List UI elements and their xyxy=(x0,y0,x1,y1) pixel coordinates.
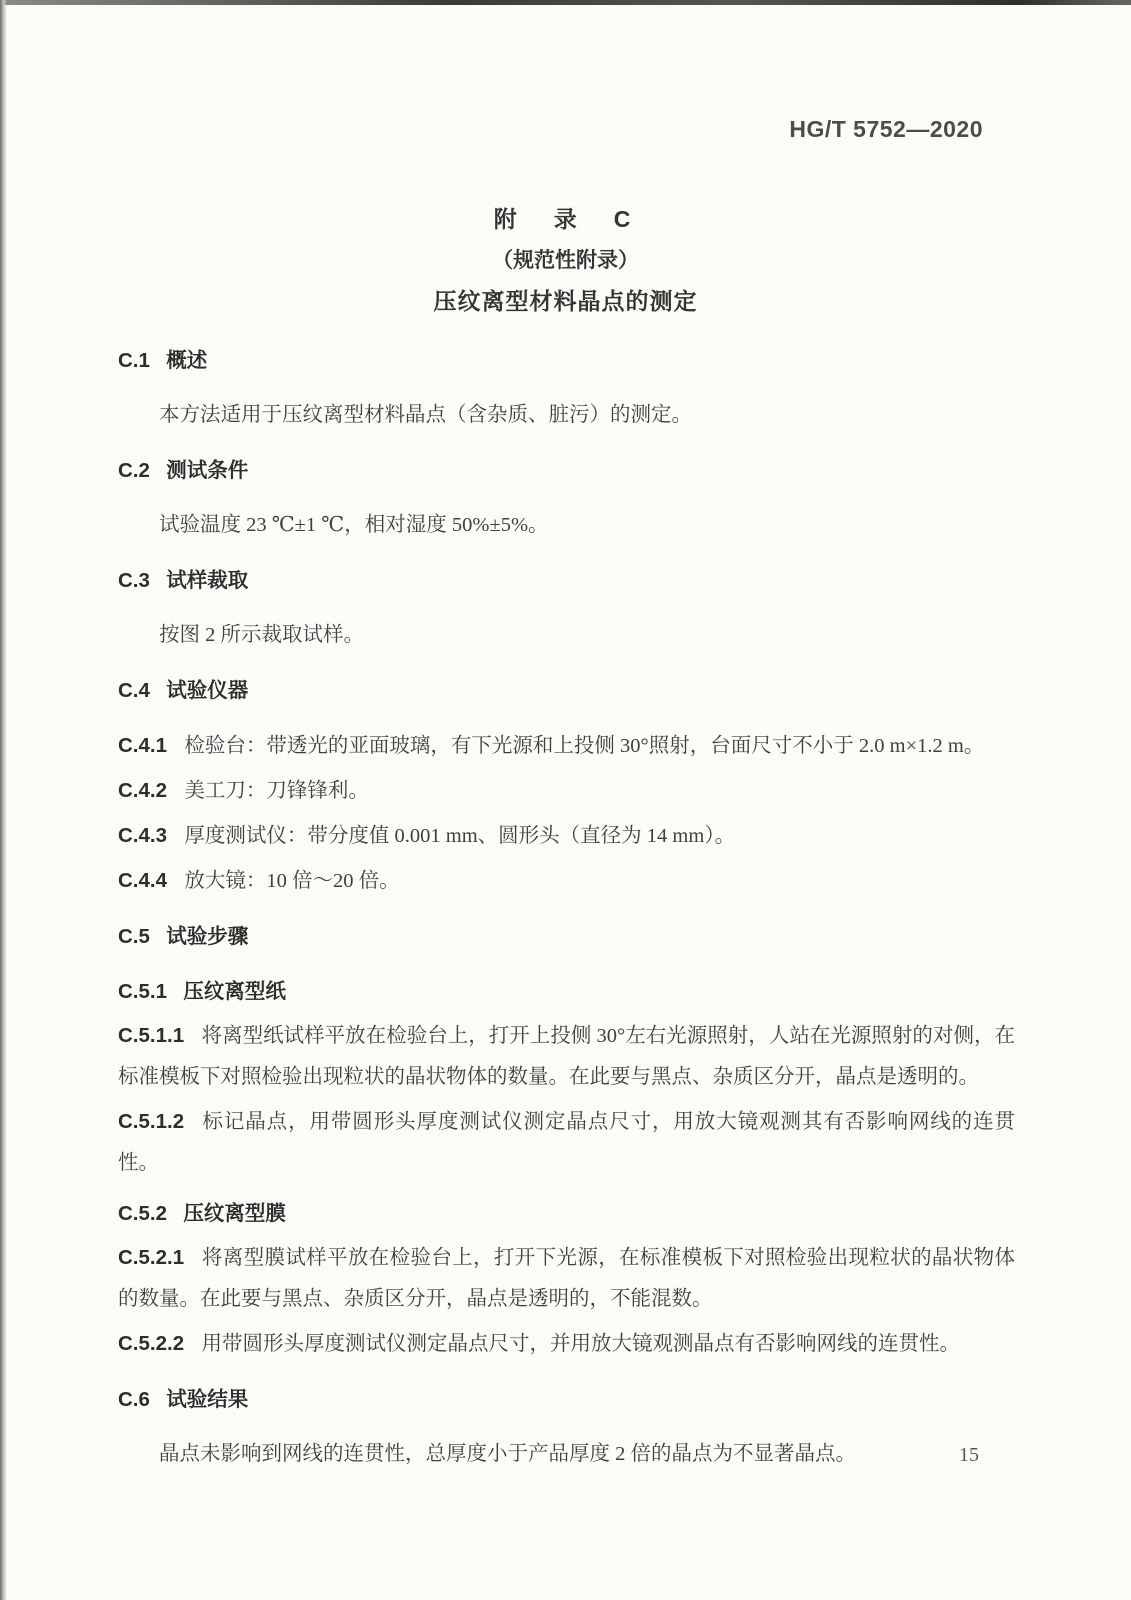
clause-number: C.5 xyxy=(118,925,150,948)
clause-text: 概述 xyxy=(166,349,207,372)
clause-text: 试验仪器 xyxy=(166,679,248,702)
sub-heading: C.5.1压纹离型纸 xyxy=(118,971,1015,1012)
clause: C.4.2美工刀：刀锋锋利。 xyxy=(118,770,1015,812)
document-body: C.1概述本方法适用于压纹离型材料晶点（含杂质、脏污）的测定。C.2测试条件试验… xyxy=(118,340,1015,1475)
scan-left-edge xyxy=(0,0,7,1600)
clause-number: C.4.1 xyxy=(118,734,167,757)
clause-number: C.4.4 xyxy=(118,869,167,892)
clause: C.4.4放大镜：10 倍～20 倍。 xyxy=(118,860,1015,902)
clause: C.4.3厚度测试仪：带分度值 0.001 mm、圆形头（直径为 14 mm）。 xyxy=(118,815,1015,857)
clause-number: C.4.3 xyxy=(118,824,167,847)
paragraph-text: 晶点未影响到网线的连贯性，总厚度小于产品厚度 2 倍的晶点为不显著晶点。 xyxy=(159,1443,856,1465)
page-number: 15 xyxy=(959,1444,979,1467)
section-heading: C.6试验结果 xyxy=(118,1379,1015,1420)
appendix-title-line1: 附 录 C xyxy=(0,201,1131,234)
clause-text: 将离型纸试样平放在检验台上，打开上投侧 30°左右光源照射，人站在光源照射的对侧… xyxy=(118,1025,1015,1088)
clause-text: 放大镜：10 倍～20 倍。 xyxy=(184,870,399,892)
clause-text: 将离型膜试样平放在检验台上，打开下光源，在标准模板下对照检验出现粒状的晶状物体的… xyxy=(118,1247,1015,1310)
paragraph-text: 按图 2 所示裁取试样。 xyxy=(159,624,364,646)
paragraph-text: 试验温度 23 ℃±1 ℃，相对湿度 50%±5%。 xyxy=(159,514,549,536)
clause-text: 压纹离型膜 xyxy=(183,1202,286,1225)
appendix-title-line2: （规范性附录） xyxy=(0,244,1131,274)
paragraph: 晶点未影响到网线的连贯性，总厚度小于产品厚度 2 倍的晶点为不显著晶点。 xyxy=(118,1434,1015,1475)
clause-text: 用带圆形头厚度测试仪测定晶点尺寸，并用放大镜观测晶点有否影响网线的连贯性。 xyxy=(202,1333,961,1355)
clause-number: C.5.1.2 xyxy=(118,1110,184,1133)
page-header: HG/T 5752—2020 xyxy=(0,0,1131,143)
clause-number: C.4.2 xyxy=(118,779,167,802)
clause-text: 试验步骤 xyxy=(166,925,248,948)
section-heading: C.2测试条件 xyxy=(118,450,1015,491)
clause-number: C.2 xyxy=(118,459,150,482)
paragraph-text: 本方法适用于压纹离型材料晶点（含杂质、脏污）的测定。 xyxy=(159,404,692,426)
clause: C.5.1.1将离型纸试样平放在检验台上，打开上投侧 30°左右光源照射，人站在… xyxy=(118,1015,1015,1098)
scanned-standard-page: HG/T 5752—2020 附 录 C （规范性附录） 压纹离型材料晶点的测定… xyxy=(0,0,1131,1600)
section-heading: C.1概述 xyxy=(118,340,1015,381)
section-heading: C.4试验仪器 xyxy=(118,670,1015,711)
sub-heading: C.5.2压纹离型膜 xyxy=(118,1193,1015,1234)
clause: C.5.2.1将离型膜试样平放在检验台上，打开下光源，在标准模板下对照检验出现粒… xyxy=(118,1237,1015,1320)
appendix-title: 附 录 C （规范性附录） 压纹离型材料晶点的测定 xyxy=(0,201,1131,316)
clause: C.4.1检验台：带透光的亚面玻璃，有下光源和上投侧 30°照射，台面尺寸不小于… xyxy=(118,725,1015,767)
clause-number: C.5.2.2 xyxy=(118,1332,184,1355)
clause-text: 测试条件 xyxy=(166,459,248,482)
clause-number: C.1 xyxy=(118,349,150,372)
paragraph: 试验温度 23 ℃±1 ℃，相对湿度 50%±5%。 xyxy=(118,505,1015,546)
appendix-title-line3: 压纹离型材料晶点的测定 xyxy=(0,283,1131,316)
clause-number: C.5.2.1 xyxy=(118,1246,184,1269)
clause-number: C.6 xyxy=(118,1388,150,1411)
clause-number: C.5.2 xyxy=(118,1202,167,1225)
clause-text: 标记晶点，用带圆形头厚度测试仪测定晶点尺寸，用放大镜观测其有否影响网线的连贯性。 xyxy=(118,1111,1015,1174)
section-heading: C.5试验步骤 xyxy=(118,916,1015,957)
scan-top-edge xyxy=(0,0,1131,5)
clause: C.5.1.2标记晶点，用带圆形头厚度测试仪测定晶点尺寸，用放大镜观测其有否影响… xyxy=(118,1101,1015,1184)
paragraph: 按图 2 所示裁取试样。 xyxy=(118,615,1015,656)
clause-number: C.3 xyxy=(118,569,150,592)
clause-text: 试验结果 xyxy=(166,1388,248,1411)
clause-text: 检验台：带透光的亚面玻璃，有下光源和上投侧 30°照射，台面尺寸不小于 2.0 … xyxy=(184,735,984,757)
paragraph: 本方法适用于压纹离型材料晶点（含杂质、脏污）的测定。 xyxy=(118,395,1015,436)
clause-text: 厚度测试仪：带分度值 0.001 mm、圆形头（直径为 14 mm）。 xyxy=(184,825,735,847)
section-heading: C.3试样裁取 xyxy=(118,560,1015,601)
clause-number: C.4 xyxy=(118,679,150,702)
clause-text: 试样裁取 xyxy=(166,569,248,592)
clause-text: 美工刀：刀锋锋利。 xyxy=(184,780,369,802)
clause-number: C.5.1 xyxy=(118,980,167,1003)
clause-number: C.5.1.1 xyxy=(118,1024,184,1047)
clause-text: 压纹离型纸 xyxy=(183,980,286,1003)
clause: C.5.2.2用带圆形头厚度测试仪测定晶点尺寸，并用放大镜观测晶点有否影响网线的… xyxy=(118,1323,1015,1365)
standard-code: HG/T 5752—2020 xyxy=(789,116,983,142)
